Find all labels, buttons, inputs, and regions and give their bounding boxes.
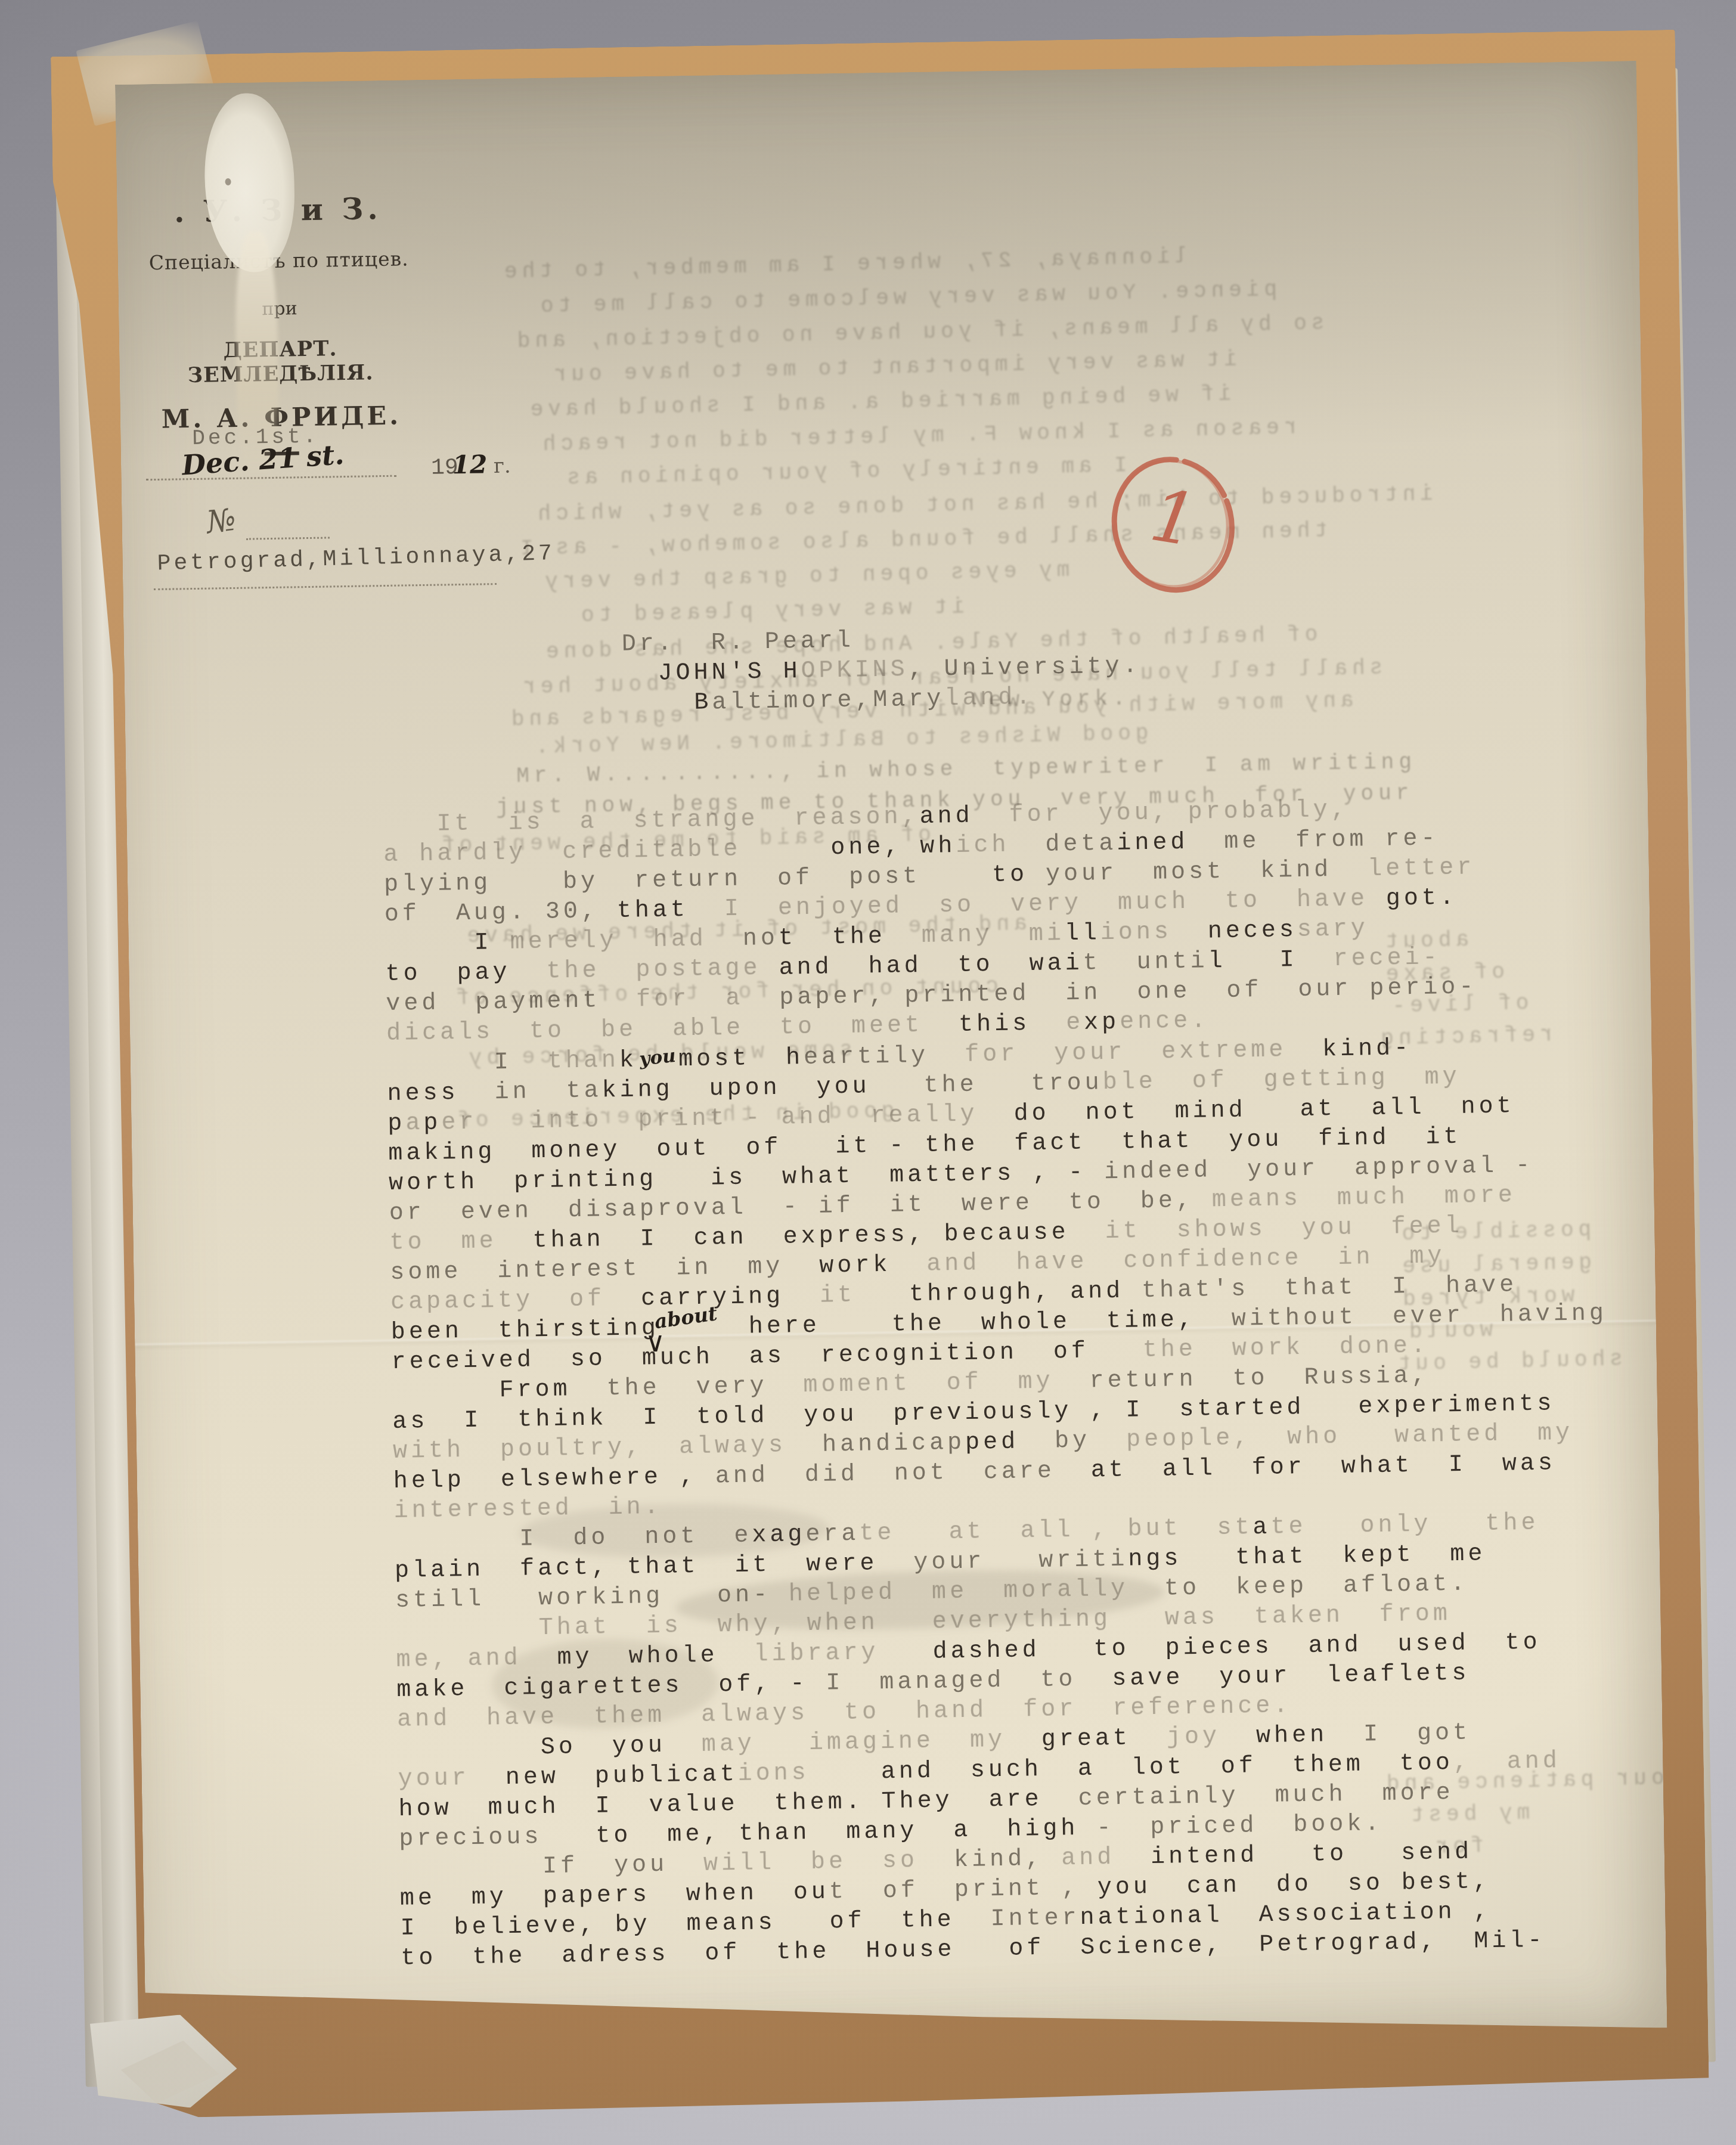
bleedthrough-text: good Wishes to Baltimore. New York. xyxy=(531,721,1149,759)
bleedthrough-text: I am entirely of your opinion as xyxy=(562,453,1127,490)
sender-address-line: Petrograd,Millionnaya,27 xyxy=(157,541,555,576)
red-circle-annotation: 1 xyxy=(1103,447,1243,602)
year-handwritten: 12 xyxy=(452,450,487,479)
year-suffix: г. xyxy=(487,454,511,479)
dotted-rule-numero xyxy=(246,537,330,540)
numero-sign: № xyxy=(204,502,238,541)
letter-body: It is a strange reason,and for you, prob… xyxy=(383,792,1617,1974)
pin-hole xyxy=(225,178,231,185)
bleedthrough-text: my eyes open to grasp the very xyxy=(540,558,1070,594)
letter-page: lionnaya, 27, where I am member, to thep… xyxy=(115,61,1667,2052)
handwritten-insertion: about∨ xyxy=(659,1333,749,1334)
letterhead-pri: при xyxy=(148,296,411,321)
addressee-block: Dr. R. Pearl JOHN'S HOPKINS, University.… xyxy=(621,622,1141,720)
bleedthrough-text: Mr. W.........., in whose typewriter I a… xyxy=(516,750,1416,789)
dotted-rule-address xyxy=(154,583,497,590)
letterhead-department-line: ДЕПАРТ. ЗЕМЛЕДѢЛІЯ. xyxy=(149,335,412,388)
handwritten-word: you xyxy=(638,1041,677,1074)
bleedthrough-text: it was very pleased to xyxy=(576,594,965,628)
bleedthrough-text: introduced to him; he has not done so as… xyxy=(533,482,1433,526)
year-line: 1912 г. xyxy=(431,450,511,481)
photo-backdrop: lionnaya, 27, where I am member, to thep… xyxy=(0,0,1736,2145)
